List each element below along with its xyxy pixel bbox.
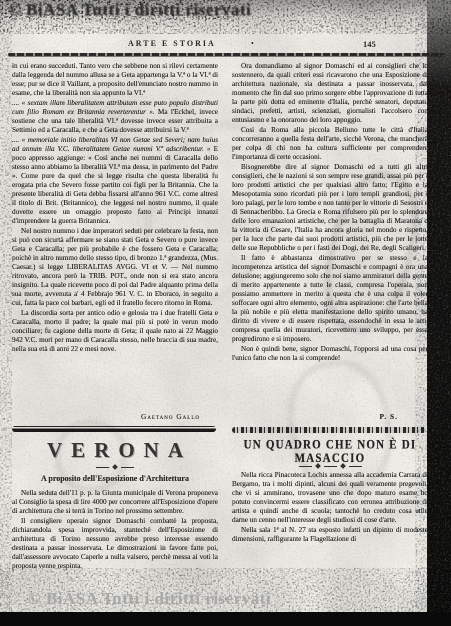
paragraph: Ora domandiamo al signor Domaschi ed ai … bbox=[232, 62, 428, 125]
right-column: Ora domandiamo al signor Domaschi ed ai … bbox=[232, 62, 428, 614]
article-verona-continuation: Ora domandiamo al signor Domaschi ed ai … bbox=[232, 62, 428, 422]
scan-bar-bottom bbox=[0, 612, 451, 626]
ornament-diamond-icon bbox=[315, 463, 321, 469]
article-numismatica-continuation: in cui erano succeduti. Tanto vero che s… bbox=[12, 62, 218, 422]
header-rule bbox=[8, 53, 445, 56]
article-signature: Gaetano Gallo bbox=[141, 412, 200, 421]
paragraph: Nella seduta dell'11 p. p. la Giunta mun… bbox=[12, 489, 218, 516]
paragraph: Così da Roma alla piccola Belluno tutte … bbox=[232, 126, 428, 162]
paragraph: Bisognerebbe dire al signor Domaschi ed … bbox=[232, 163, 428, 253]
header-bullet: • bbox=[251, 39, 254, 48]
ornament-diamond-icon bbox=[112, 464, 118, 470]
verona-section-title: VERONA bbox=[12, 438, 218, 463]
ornament-line bbox=[299, 466, 312, 467]
page-number: 145 bbox=[363, 39, 376, 49]
page-header: ARTE E STORIA • 145 bbox=[0, 39, 451, 51]
watermark-bottom: © BiASA Tutti i diritti riservati bbox=[28, 589, 271, 609]
paragraph: Il fatto è abbastanza dimostrativo per s… bbox=[232, 254, 428, 344]
chain-divider bbox=[232, 427, 426, 433]
paragraph: La discordia sorta per antico odio e gel… bbox=[12, 309, 218, 354]
latin-quote-text: .... « memoriale initio liberalitas VI n… bbox=[12, 136, 218, 153]
ornament-line bbox=[324, 466, 337, 467]
ornament-diamond-icon bbox=[340, 463, 346, 469]
ornament-line bbox=[349, 466, 362, 467]
verona-subtitle: A proposito dell'Esposizione d'Architett… bbox=[12, 474, 218, 483]
watermark-top: © BiASA Tutti i diritti riservati bbox=[8, 0, 251, 20]
paragraph-latin-quote: .... « sextam illam liberalitatem attrib… bbox=[12, 99, 218, 135]
paragraph: Nel nostro nummo i due imperatori seduti… bbox=[12, 227, 218, 308]
ornament-line bbox=[121, 467, 134, 468]
paragraph: Nella ricca Pinacoteca Lochis annessa al… bbox=[232, 471, 428, 525]
ornament-line bbox=[96, 467, 109, 468]
paragraph: Non è quindi bene, signor Domaschi, l'op… bbox=[232, 345, 428, 363]
scanned-journal-page: ARTE E STORIA • 145 in cui erano succedu… bbox=[0, 0, 451, 626]
paragraph-latin-quote: .... « memoriale initio liberalitas VI n… bbox=[12, 136, 218, 226]
text-columns: in cui erano succeduti. Tanto vero che s… bbox=[12, 62, 428, 614]
article-signature-initials: P. S. bbox=[380, 412, 399, 421]
paragraph: Il consigliere operaio signor Domaschi c… bbox=[12, 517, 218, 571]
scan-edge-right bbox=[427, 0, 451, 626]
journal-title: ARTE E STORIA bbox=[128, 39, 216, 48]
masaccio-section-title: UN QUADRO CHE NON È DI MASACCIO bbox=[232, 438, 428, 466]
paragraph: in cui erano succeduti. Tanto vero che s… bbox=[12, 62, 218, 98]
paragraph: Nella sala 1ª al N. 27 sta esposto infat… bbox=[232, 526, 428, 544]
paragraph-text: E poco appresso aggiunge: « Così anche n… bbox=[12, 145, 218, 225]
left-column: in cui erano succeduti. Tanto vero che s… bbox=[12, 62, 218, 614]
section-divider bbox=[12, 426, 216, 432]
verona-ornament bbox=[12, 465, 218, 469]
